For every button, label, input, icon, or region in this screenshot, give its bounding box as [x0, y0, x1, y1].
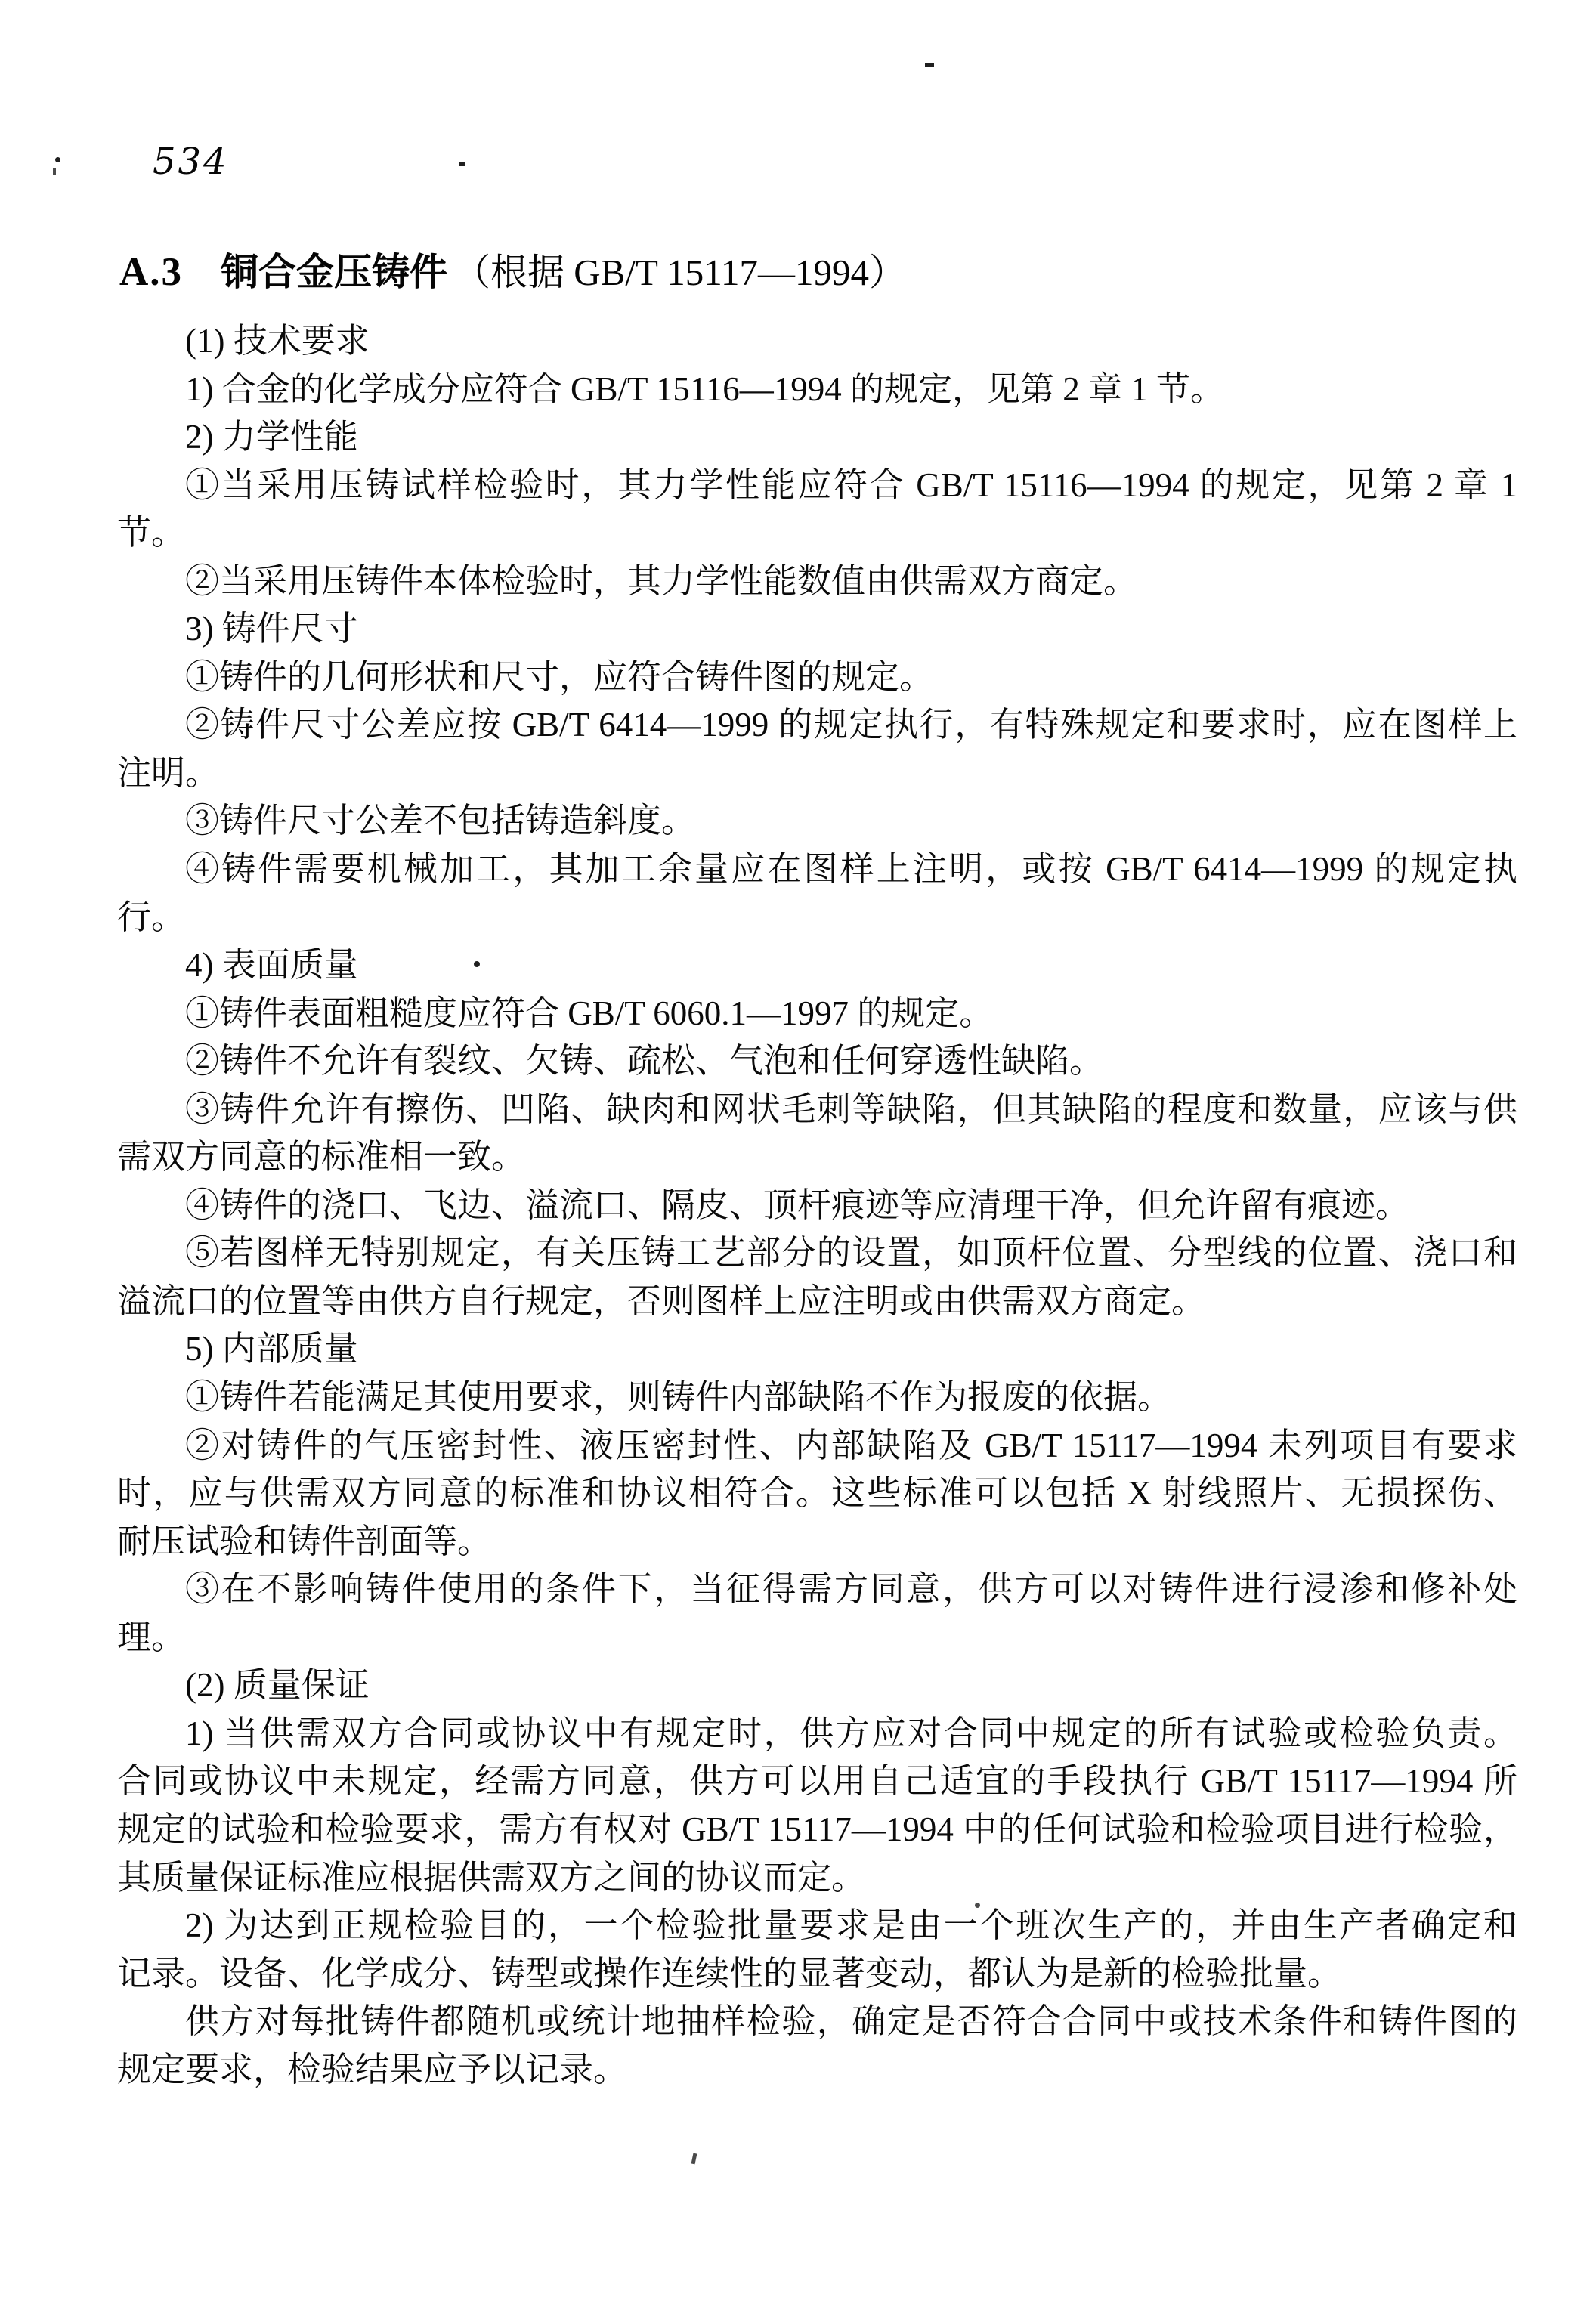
text-line: (2) 质量保证	[117, 1662, 1517, 1710]
text-line: 溢流口的位置等由供方自行规定，否则图样上应注明或由供需双方商定。	[117, 1278, 1517, 1326]
scan-speck	[53, 168, 56, 175]
text-line: 其质量保证标准应根据供需双方之间的协议而定。	[117, 1854, 1517, 1903]
text-line: ②对铸件的气压密封性、液压密封性、内部缺陷及 GB/T 15117—1994 未…	[117, 1422, 1517, 1470]
text-line: ①铸件若能满足其使用要求，则铸件内部缺陷不作为报废的依据。	[117, 1374, 1517, 1422]
scan-speck	[691, 2153, 697, 2165]
text-line: 4) 表面质量	[117, 941, 1517, 990]
section-annotation: （根据 GB/T 15117—1994）	[453, 252, 906, 293]
text-line: ③铸件允许有擦伤、凹陷、缺肉和网状毛刺等缺陷，但其缺陷的程度和数量，应该与供	[117, 1086, 1517, 1134]
scan-speck	[474, 961, 480, 967]
text-line: ⑤若图样无特别规定，有关压铸工艺部分的设置，如顶杆位置、分型线的位置、浇口和	[117, 1229, 1517, 1278]
text-line: 合同或协议中未规定，经需方同意，供方可以用自己适宜的手段执行 GB/T 1511…	[117, 1758, 1517, 1806]
scan-speck	[975, 1903, 980, 1908]
text-line: ①铸件表面粗糙度应符合 GB/T 6060.1—1997 的规定。	[117, 990, 1517, 1038]
text-line: 时，应与供需双方同意的标准和协议相符合。这些标准可以包括 X 射线照片、无损探伤…	[117, 1470, 1517, 1518]
text-line: 理。	[117, 1614, 1517, 1662]
scan-speck	[925, 63, 934, 67]
text-line: 记录。设备、化学成分、铸型或操作连续性的显著变动，都认为是新的检验批量。	[117, 1950, 1517, 1999]
section-title: 铜合金压铸件	[221, 251, 447, 293]
text-line: ②当采用压铸件本体检验时，其力学性能数值由供需双方商定。	[117, 558, 1517, 606]
text-line: ④铸件的浇口、飞边、溢流口、隔皮、顶杆痕迹等应清理干净，但允许留有痕迹。	[117, 1182, 1517, 1230]
text-line: ①当采用压铸试样检验时，其力学性能应符合 GB/T 15116—1994 的规定…	[117, 462, 1517, 510]
text-line: (1) 技术要求	[117, 317, 1517, 366]
text-line: 5) 内部质量	[117, 1325, 1517, 1374]
text-line: ①铸件的几何形状和尺寸，应符合铸件图的规定。	[117, 654, 1517, 702]
text-line: ②铸件不允许有裂纹、欠铸、疏松、气泡和任何穿透性缺陷。	[117, 1037, 1517, 1086]
text-line: ③铸件尺寸公差不包括铸造斜度。	[117, 797, 1517, 846]
text-line: 节。	[117, 509, 1517, 558]
text-line: 规定要求，检验结果应予以记录。	[117, 2046, 1517, 2095]
document-body: (1) 技术要求1) 合金的化学成分应符合 GB/T 15116—1994 的规…	[117, 317, 1517, 2094]
scan-speck	[55, 157, 60, 162]
text-line: 注明。	[117, 750, 1517, 798]
section-heading: A.3铜合金压铸件（根据 GB/T 15117—1994）	[119, 249, 906, 305]
text-line: 耐压试验和铸件剖面等。	[117, 1518, 1517, 1566]
text-line: ②铸件尺寸公差应按 GB/T 6414—1999 的规定执行，有特殊规定和要求时…	[117, 701, 1517, 750]
text-line: ③在不影响铸件使用的条件下，当征得需方同意，供方可以对铸件进行浸渗和修补处	[117, 1566, 1517, 1614]
text-line: 供方对每批铸件都随机或统计地抽样检验，确定是否符合合同中或技术条件和铸件图的	[117, 1998, 1517, 2046]
text-line: 1) 当供需双方合同或协议中有规定时，供方应对合同中规定的所有试验或检验负责。	[117, 1710, 1517, 1758]
text-line: 规定的试验和检验要求，需方有权对 GB/T 15117—1994 中的任何试验和…	[117, 1806, 1517, 1854]
text-line: ④铸件需要机械加工，其加工余量应在图样上注明，或按 GB/T 6414—1999…	[117, 846, 1517, 894]
text-line: 2) 为达到正规检验目的，一个检验批量要求是由一个班次生产的，并由生产者确定和	[117, 1902, 1517, 1950]
text-line: 1) 合金的化学成分应符合 GB/T 15116—1994 的规定，见第 2 章…	[117, 366, 1517, 414]
text-line: 行。	[117, 894, 1517, 942]
page-number: 534	[153, 144, 229, 180]
text-line: 需双方同意的标准相一致。	[117, 1133, 1517, 1182]
scan-speck	[459, 162, 466, 166]
text-line: 3) 铸件尺寸	[117, 605, 1517, 654]
text-line: 2) 力学性能	[117, 413, 1517, 462]
section-number: A.3	[119, 250, 183, 294]
scanned-document-page: 534 A.3铜合金压铸件（根据 GB/T 15117—1994） (1) 技术…	[0, 0, 1596, 2297]
